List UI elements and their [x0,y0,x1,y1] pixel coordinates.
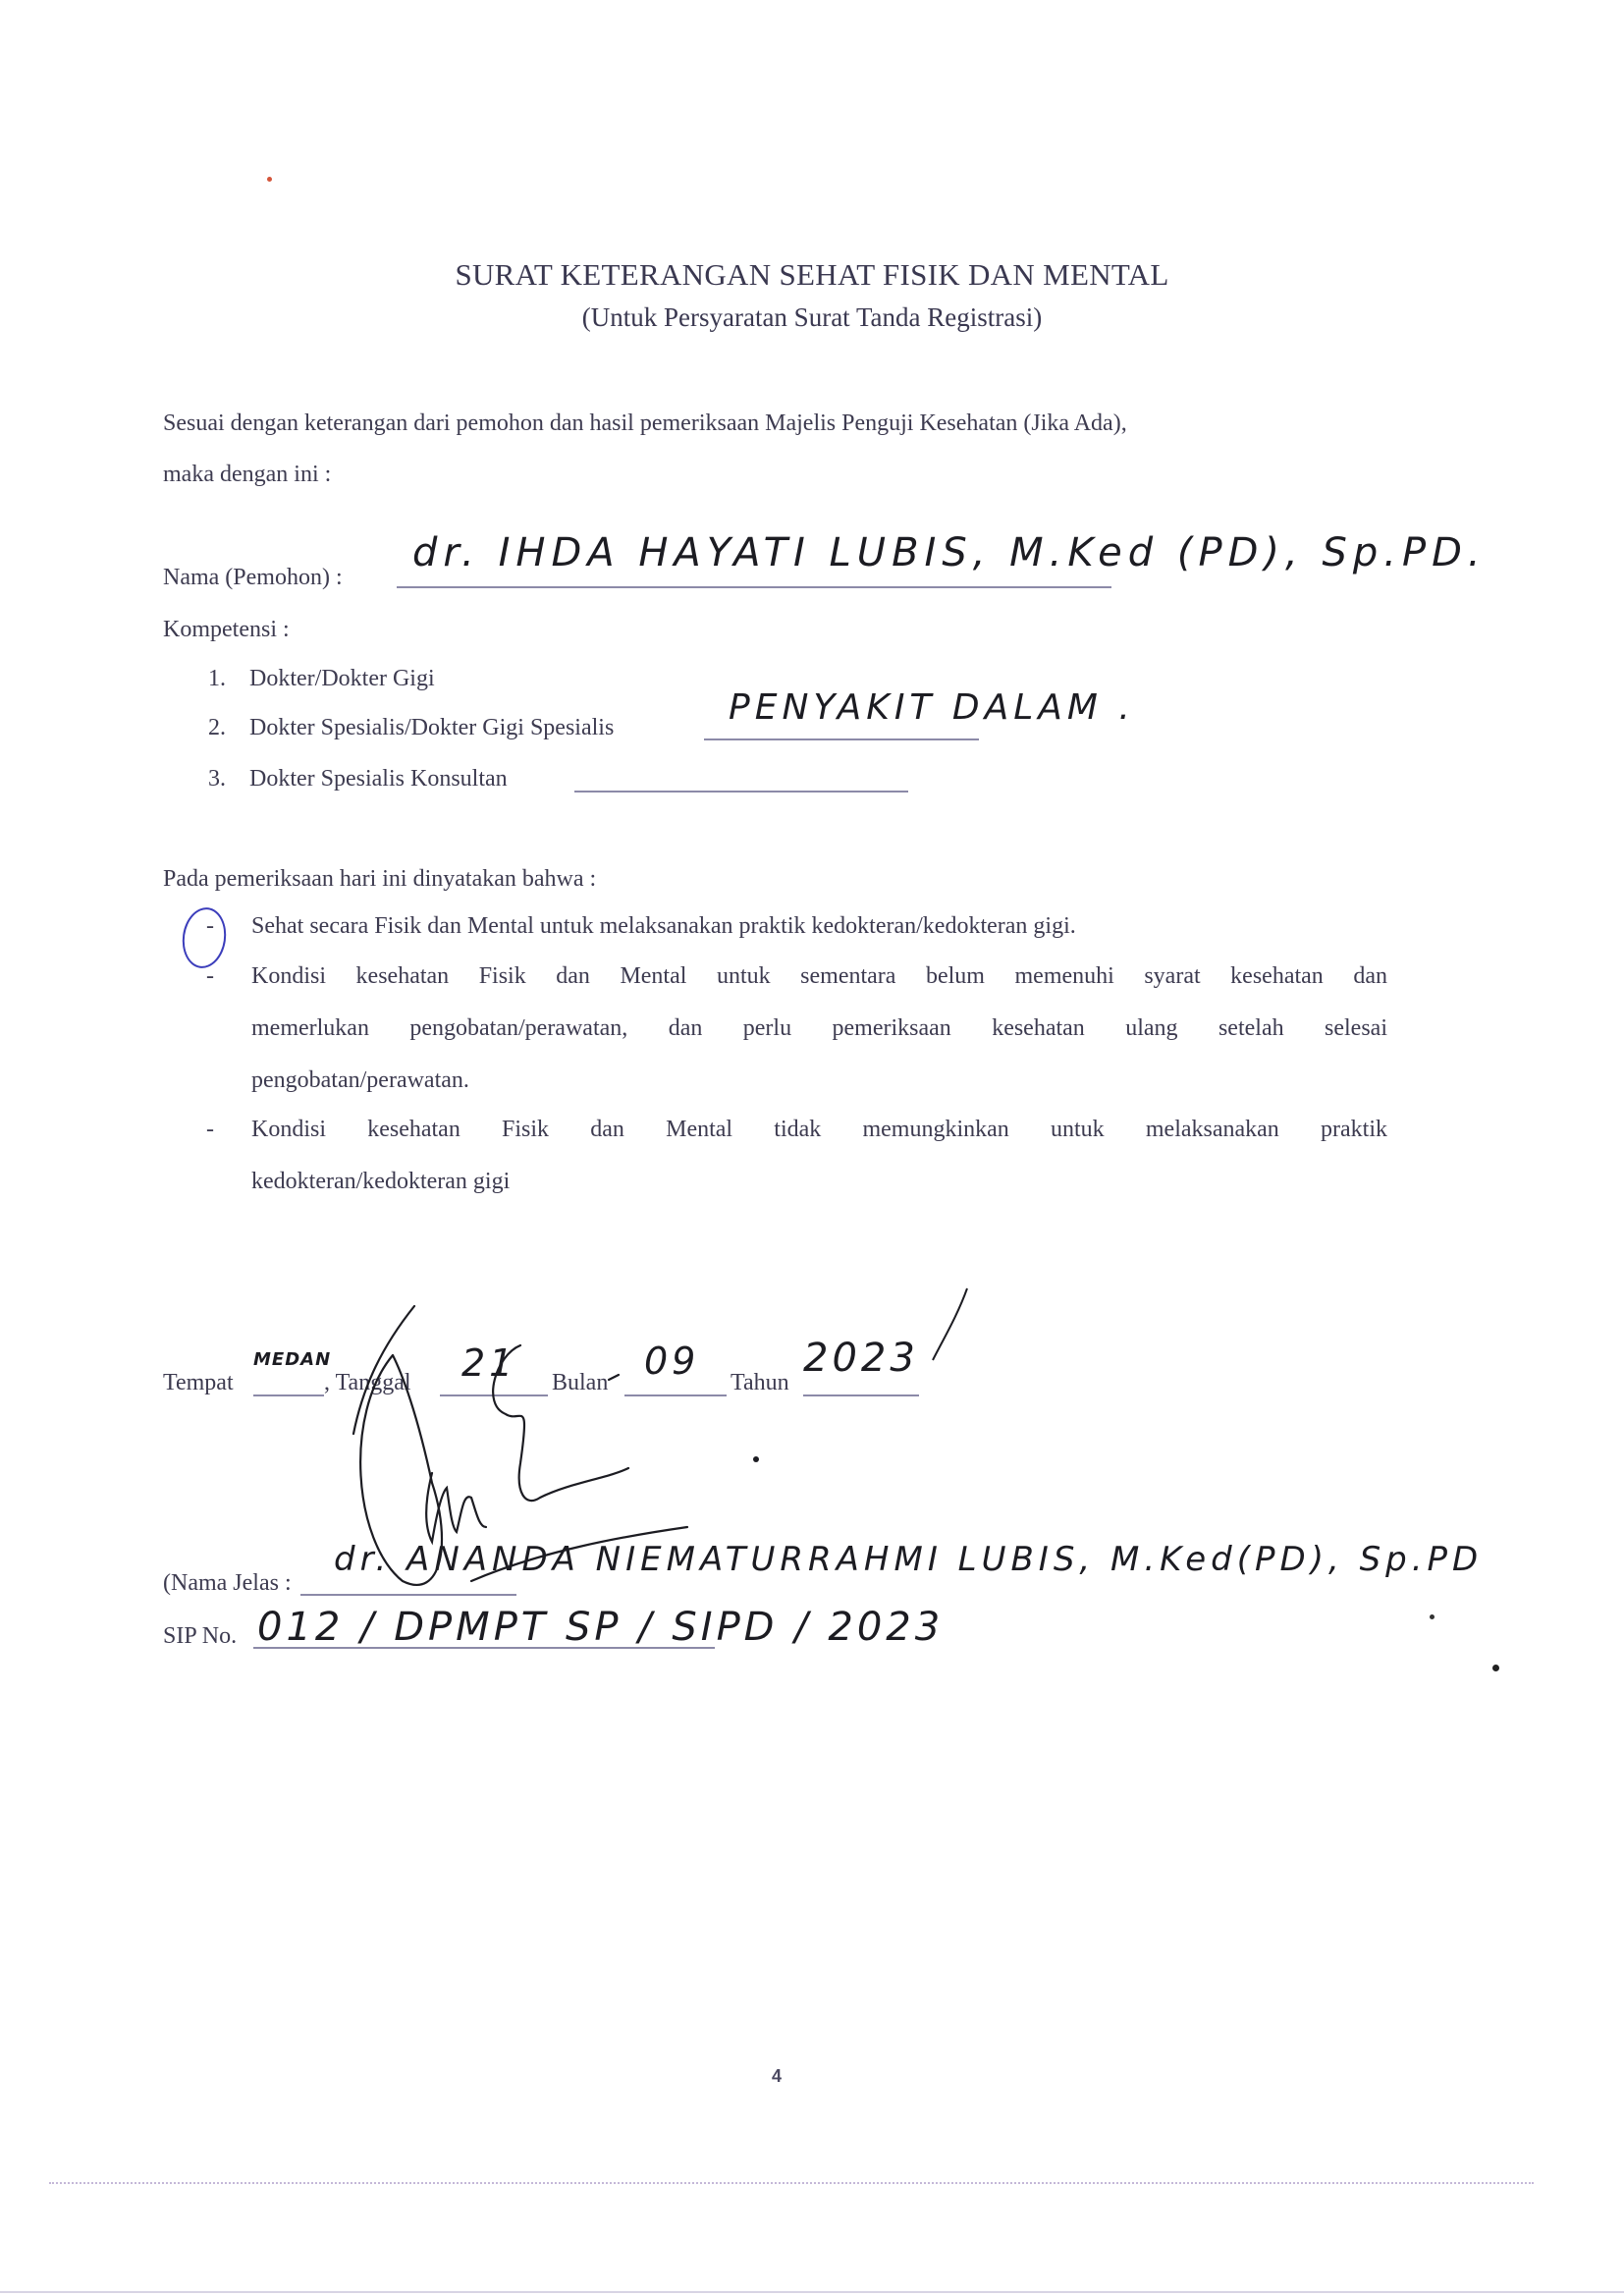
document-subtitle: (Untuk Persyaratan Surat Tanda Registras… [0,302,1624,333]
year-underline [803,1394,919,1396]
competence-label: Kompetensi : [163,617,290,643]
competence-item-2-label: Dokter Spesialis/Dokter Gigi Spesialis [249,715,614,741]
page-number: 4 [772,2066,782,2087]
competence-item-2-number: 2. [208,715,226,741]
scan-edge-line [49,2182,1534,2184]
competence-item-3-number: 3. [208,766,226,793]
exam-option-1-bullet[interactable]: - [206,913,214,940]
competence-item-3-label: Dokter Spesialis Konsultan [249,766,508,793]
place-label: Tempat [163,1370,234,1396]
stray-mark [267,177,272,182]
exam-label: Pada pemeriksaan hari ini dinyatakan bah… [163,866,596,893]
signer-name-label: (Nama Jelas : [163,1570,292,1597]
competence-item-1-number: 1. [208,666,226,692]
intro-line-2: maka dengan ini : [163,462,331,488]
exam-option-2-bullet[interactable]: - [206,963,214,990]
year-slash-stroke-icon [913,1286,972,1365]
exam-option-3-bullet[interactable]: - [206,1117,214,1143]
intro-line-1: Sesuai dengan keterangan dari pemohon da… [163,410,1384,437]
exam-option-2-line-2: memerlukan pengobatan/perawatan, dan per… [251,1015,1387,1042]
sip-label: SIP No. [163,1623,237,1650]
scan-edge-line [0,2291,1624,2293]
exam-option-2-line-1: Kondisi kesehatan Fisik dan Mental untuk… [251,963,1387,990]
competence-item-2-handwritten[interactable]: PENYAKIT DALAM . [729,687,1135,728]
signer-name-handwritten[interactable]: dr. ANANDA NIEMATURRAHMI LUBIS, M.Ked(PD… [334,1540,1483,1579]
exam-option-1-text: Sehat secara Fisik dan Mental untuk mela… [251,913,1076,940]
place-handwritten[interactable]: MEDAN [253,1349,331,1370]
applicant-label: Nama (Pemohon) : [163,565,343,591]
competence-item-3-underline [574,791,908,793]
stray-mark [1492,1665,1499,1671]
competence-item-2-underline [704,738,979,740]
competence-item-1-label: Dokter/Dokter Gigi [249,666,435,692]
exam-option-3-line-2: kedokteran/kedokteran gigi [251,1169,510,1195]
exam-option-2-line-3: pengobatan/perawatan. [251,1067,469,1094]
selected-option-circle [179,904,230,971]
place-underline [253,1394,324,1396]
applicant-name-handwritten[interactable]: dr. IHDA HAYATI LUBIS, M.Ked (PD), Sp.PD… [412,530,1487,575]
document-title: SURAT KETERANGAN SEHAT FISIK DAN MENTAL [0,257,1624,293]
year-handwritten[interactable]: 2023 [803,1336,919,1381]
exam-option-3-line-1: Kondisi kesehatan Fisik dan Mental tidak… [251,1117,1387,1143]
signer-name-underline [300,1594,516,1596]
applicant-underline [397,586,1111,588]
sip-handwritten[interactable]: 012 / DPMPT SP / SIPD / 2023 [257,1605,944,1650]
stray-mark [1430,1614,1435,1619]
